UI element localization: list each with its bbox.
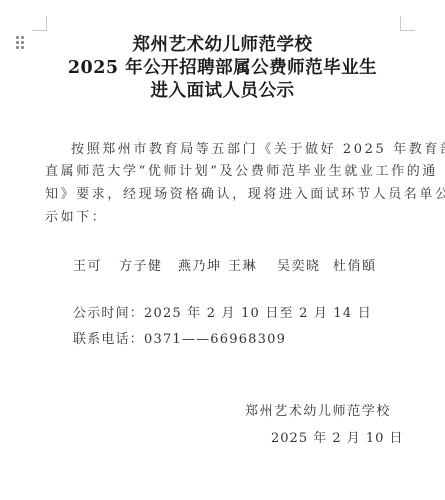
body-paragraph-line: 知》要求，经现场资格确认，现将进入面试环节人员名单公	[45, 186, 445, 204]
candidate-name: 王可	[73, 255, 119, 274]
candidate-name: 燕乃坤	[178, 255, 228, 274]
candidate-name: 方子健	[119, 255, 178, 274]
publicity-period: 公示时间：2025 年 2 月 10 日至 2 月 14 日	[73, 302, 372, 321]
contact-phone: 联系电话：0371——66968309	[73, 328, 286, 347]
body-paragraph-line: 直属师范大学“优师计划”及公费师范毕业生就业工作的通	[45, 163, 438, 181]
candidate-name: 王琳	[228, 255, 277, 274]
candidate-name: 吴奕晓	[277, 255, 333, 274]
title-line-recruitment: 2025 年公开招聘部属公费师范毕业生	[0, 57, 445, 79]
body-paragraph-line: 按照郑州市教育局等五部门《关于做好 2025 年教育部	[71, 141, 445, 159]
margin-corner-top-right	[400, 16, 415, 31]
title-line-school: 郑州艺术幼儿师范学校	[0, 34, 445, 56]
candidate-list: 王可方子健燕乃坤王琳吴奕晓杜俏頤	[73, 255, 377, 274]
title-line-notice: 进入面试人员公示	[0, 80, 445, 102]
body-paragraph-line: 示如下：	[45, 209, 107, 227]
candidate-name: 杜俏頤	[333, 255, 377, 274]
signature-organization: 郑州艺术幼儿师范学校	[245, 400, 391, 419]
margin-corner-top-left	[32, 16, 47, 31]
signature-date: 2025 年 2 月 10 日	[271, 427, 404, 446]
